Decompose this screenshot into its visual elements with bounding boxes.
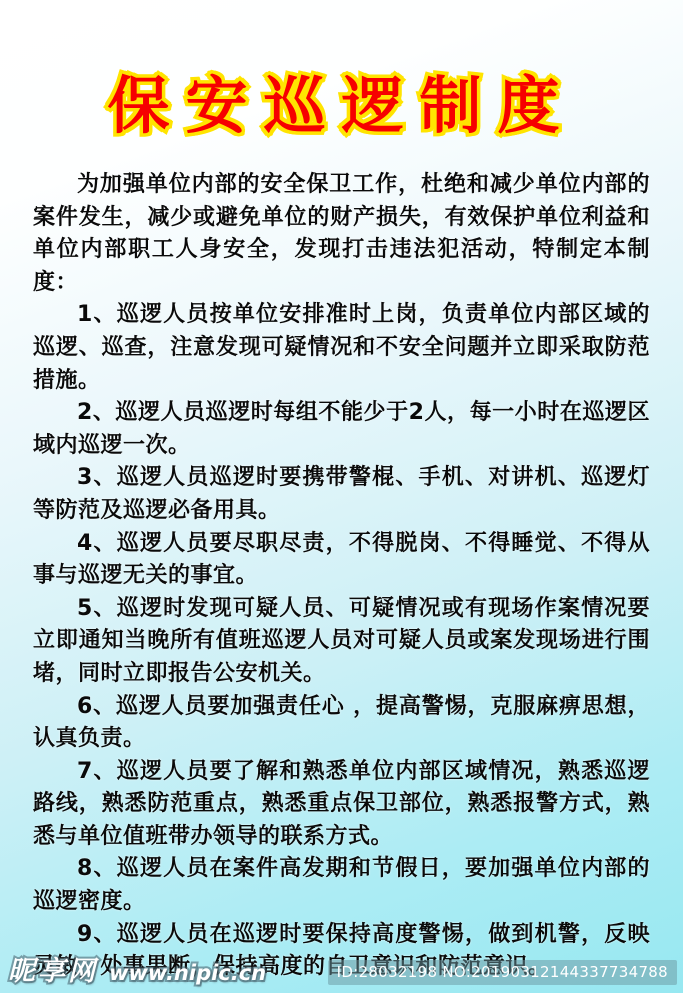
intro-paragraph: 为加强单位内部的安全保卫工作，杜绝和减少单位内部的案件发生，减少或避免单位的财产… — [33, 169, 650, 299]
watermark-brand: 昵享网 www.nipic.cn — [8, 949, 266, 988]
rule-item-5: 5、巡逻时发现可疑人员、可疑情况或有现场作案情况要立即通知当晚所有值班巡逻人员对… — [33, 593, 650, 691]
poster: 保安巡逻制度 为加强单位内部的安全保卫工作，杜绝和减少单位内部的案件发生，减少或… — [0, 0, 683, 993]
rule-item-1: 1、巡逻人员按单位安排准时上岗，负责单位内部区域的巡逻、巡查，注意发现可疑情况和… — [33, 299, 650, 397]
rule-item-6: 6、巡逻人员要加强责任心 ，提高警惕，克服麻痹思想，认真负责。 — [33, 691, 650, 756]
page-title: 保安巡逻制度 — [0, 56, 683, 145]
rule-item-8: 8、巡逻人员在案件高发期和节假日，要加强单位内部的巡逻密度。 — [33, 853, 650, 918]
rule-item-7: 7、巡逻人员要了解和熟悉单位内部区域情况，熟悉巡逻路线，熟悉防范重点，熟悉重点保… — [33, 756, 650, 854]
rule-item-3: 3、巡逻人员巡逻时要携带警棍、手机、对讲机、巡逻灯等防范及巡逻必备用具。 — [33, 462, 650, 527]
watermark-footer: 昵享网 www.nipic.cn ID:28032198 NO:20190312… — [0, 958, 683, 990]
rules-body: 为加强单位内部的安全保卫工作，杜绝和减少单位内部的案件发生，减少或避免单位的财产… — [0, 169, 683, 984]
watermark-id-badge: ID:28032198 NO:20190312144337734788 — [328, 960, 677, 985]
rule-item-2: 2、巡逻人员巡逻时每组不能少于2人，每一小时在巡逻区域内巡逻一次。 — [33, 397, 650, 462]
watermark-site-name: 昵享网 — [8, 956, 98, 987]
watermark-site-url: www.nipic.cn — [109, 961, 266, 985]
rule-item-4: 4、巡逻人员要尽职尽责，不得脱岗、不得睡觉、不得从事与巡逻无关的事宜。 — [33, 528, 650, 593]
